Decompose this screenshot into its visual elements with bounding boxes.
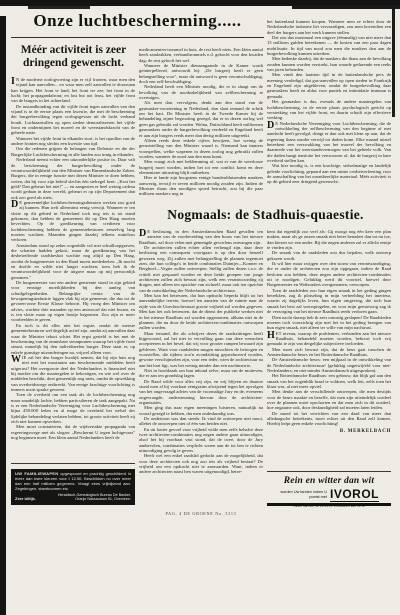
paragraph: Dat zou dus maximaal een uitgave (éénmal… — [267, 35, 391, 56]
paragraph: Men denke aan de verschillende ontwerpen… — [267, 389, 391, 410]
paragraph: Men vindt den laatsten tijd in de buiten… — [267, 72, 391, 99]
paragraph: Men bedenke daarbij, dat de maskers die … — [267, 56, 391, 72]
paragraph: Wat hier noodig is, is een krachtige, st… — [267, 163, 391, 184]
paragraph: Nederland heeft een Minister noodig, die… — [139, 84, 263, 100]
ad-familiewapen-footer: Zeer billijk. Heraldisch-Genealogisch Bu… — [15, 493, 131, 502]
paragraph: De Amsterdamsche beurs: een mijlpaal in … — [267, 357, 391, 373]
page-content: Onze luchtbescherming..... Méér activite… — [11, 10, 392, 605]
article1-subtitle: Méér activiteit is zeer dringend gewensc… — [11, 44, 136, 70]
paragraph: kent dat eigenlijk zoo veel als: Gij moo… — [267, 229, 391, 250]
ad-familiewapen: UW FAMILIEWAPEN opgespoord en prachtig g… — [11, 469, 135, 505]
drop-cap: D — [139, 229, 146, 238]
paragraph: Wanneer de Minister dienaangaande in de … — [139, 63, 263, 84]
paragraph: HET niveau, waarop de problemen, verbond… — [267, 331, 391, 347]
scan-top-edge-right — [292, 5, 400, 9]
paragraph: Hier te lande zijn hoogstens eenige hond… — [139, 175, 263, 196]
paragraph: Amsterdam stond op zeker oogenblik vol m… — [11, 243, 135, 280]
paragraph: Toen de raadsleden zoo hun eigen smaak i… — [267, 288, 391, 315]
paragraph: En toch is dit alles niet het ergste, om… — [11, 323, 135, 355]
paragraph: IN de moderne oorlogvoering zijn er vijf… — [11, 77, 135, 104]
ad-familiewapen-firm: Heraldisch-Genealogisch Bureau De Backer… — [58, 493, 131, 497]
paragraph: Wanneer het vijfde front in elkander sto… — [11, 136, 135, 147]
page-footer: PAG. 4 DE GROENE No. 3313 — [139, 511, 263, 516]
drop-cap: I — [11, 77, 15, 86]
article1-column-1: IN de moderne oorlogvoering zijn er vijf… — [11, 77, 135, 463]
newspaper-page: Onze luchtbescherming..... Méér activite… — [0, 0, 400, 615]
ad-ivorol-bottom-bar — [267, 503, 391, 506]
ad-ivorol-subtext: worden Uw tanden indien U poetst met — [279, 490, 327, 499]
paragraph: Niet in hoofdzaak om hun inhoud zelve, m… — [139, 368, 263, 379]
drop-cap: H — [267, 331, 275, 340]
article1-column-2: medicamenten-trommel in huis, de rest he… — [139, 47, 263, 207]
scan-left-edge — [0, 16, 6, 615]
paragraph: Nederland neemt echter een uitzonderlijk… — [11, 157, 135, 200]
article2-column-2: kent dat eigenlijk zoo veel als: Gij moo… — [267, 229, 391, 471]
ad-familiewapen-contact: Heraldisch-Genealogisch Bureau De Backer… — [58, 493, 131, 502]
scan-right-edge-line — [392, 5, 395, 117]
article2-column-1: DE beslissing, in den Amsterdamschen Raa… — [139, 229, 263, 516]
column1-rule — [11, 463, 135, 464]
paragraph: De ondertoon was dan steeds: Ik vind de … — [139, 416, 263, 427]
column3-rule — [267, 471, 391, 472]
paragraph: WIE zal het den burger kwalijk nemen, da… — [11, 355, 135, 392]
paragraph: Men vraagt zich met beklemming af, wat e… — [139, 159, 263, 175]
paragraph: Het Rotterdamsche Raadhuis: een gebouw, … — [267, 373, 391, 389]
drop-cap: W — [11, 355, 21, 364]
paragraph: Toen de overheid om een taak als de luch… — [11, 392, 135, 424]
paragraph: Men ging dus naar eigen meeningen luiste… — [139, 405, 263, 416]
paragraph: Men kan het betreuren, dat hun opdracht … — [139, 293, 263, 330]
paragraph: Alleen reeds deze enkele cijfers bewijze… — [139, 138, 263, 159]
paragraph: Maar iemand, die als schrijver dezes de … — [139, 331, 263, 368]
paragraph: Men moet constateeren, dat de wijdvertak… — [11, 424, 135, 440]
paragraph: Men moet zich bewust zijn, dat de keus g… — [267, 347, 391, 358]
article1-column-3: het buitenland kunnen koopen. Wanneer me… — [267, 19, 391, 207]
paragraph: De Raad wilde voor alles vrij zijn, en v… — [139, 379, 263, 406]
paragraph: Ik wil hier maar zwijgen over den storm … — [267, 261, 391, 288]
paragraph: De moed tot het verrichten van een daad … — [267, 411, 391, 427]
paragraph: DE gemeentelijke luchtbeschermingsdienst… — [11, 200, 135, 243]
paragraph: Het gasmasker is dus, evenals de andere … — [267, 99, 391, 120]
ad-familiewapen-tail: Zeer billijk. — [15, 497, 36, 502]
paragraph: Heeft wel een enkel raadslid gedacht aan… — [139, 453, 263, 474]
paragraph: DE beslissing, in den Amsterdamschen Raa… — [139, 229, 263, 245]
article1-title: Onze luchtbescherming..... — [11, 11, 264, 31]
drop-cap: D — [11, 200, 18, 209]
drop-cap: D — [267, 121, 274, 130]
paragraph: Als men dan, vervolgens, denkt aan den s… — [139, 100, 263, 137]
paragraph: De smaak van de raadsleden zou dus bepal… — [267, 250, 391, 261]
paragraph: Om die redenen grijpen de belangen van D… — [11, 146, 135, 157]
paragraph: DE Nederlandsche Vereeniging voor Luchtb… — [267, 121, 391, 164]
paragraph: De burgemeester van een andere gemeente … — [11, 280, 135, 323]
article2-title: Nogmaals: de Stadhuis-quaestie. — [139, 207, 392, 223]
paragraph: De instandhouding van dit vijfde front t… — [11, 104, 135, 136]
ad-familiewapen-address: Oranje Nassaulaan 51, Overveen. — [75, 497, 131, 501]
paragraph: Dien nacht daarop heb ik zeer onrustig g… — [267, 315, 391, 331]
article2-signature: B. MERKELBACH — [267, 429, 391, 434]
title-rule — [11, 37, 264, 38]
ad-ivorol-row: worden Uw tanden indien U poetst met IVO… — [267, 487, 391, 502]
ad-ivorol-headline: Rein en witter dan wit — [267, 476, 391, 486]
paragraph: En uit louter gevoel voor vrijheid wilde… — [139, 427, 263, 454]
ad-ivorol-brand: IVOROL — [330, 487, 379, 502]
paragraph: De architecten zullen echter allen verhe… — [139, 245, 263, 293]
scan-top-edge-mark — [28, 6, 90, 9]
paragraph: medicamenten-trommel in huis, de rest he… — [139, 47, 263, 63]
paragraph: het buitenland kunnen koopen. Wanneer me… — [267, 19, 391, 35]
